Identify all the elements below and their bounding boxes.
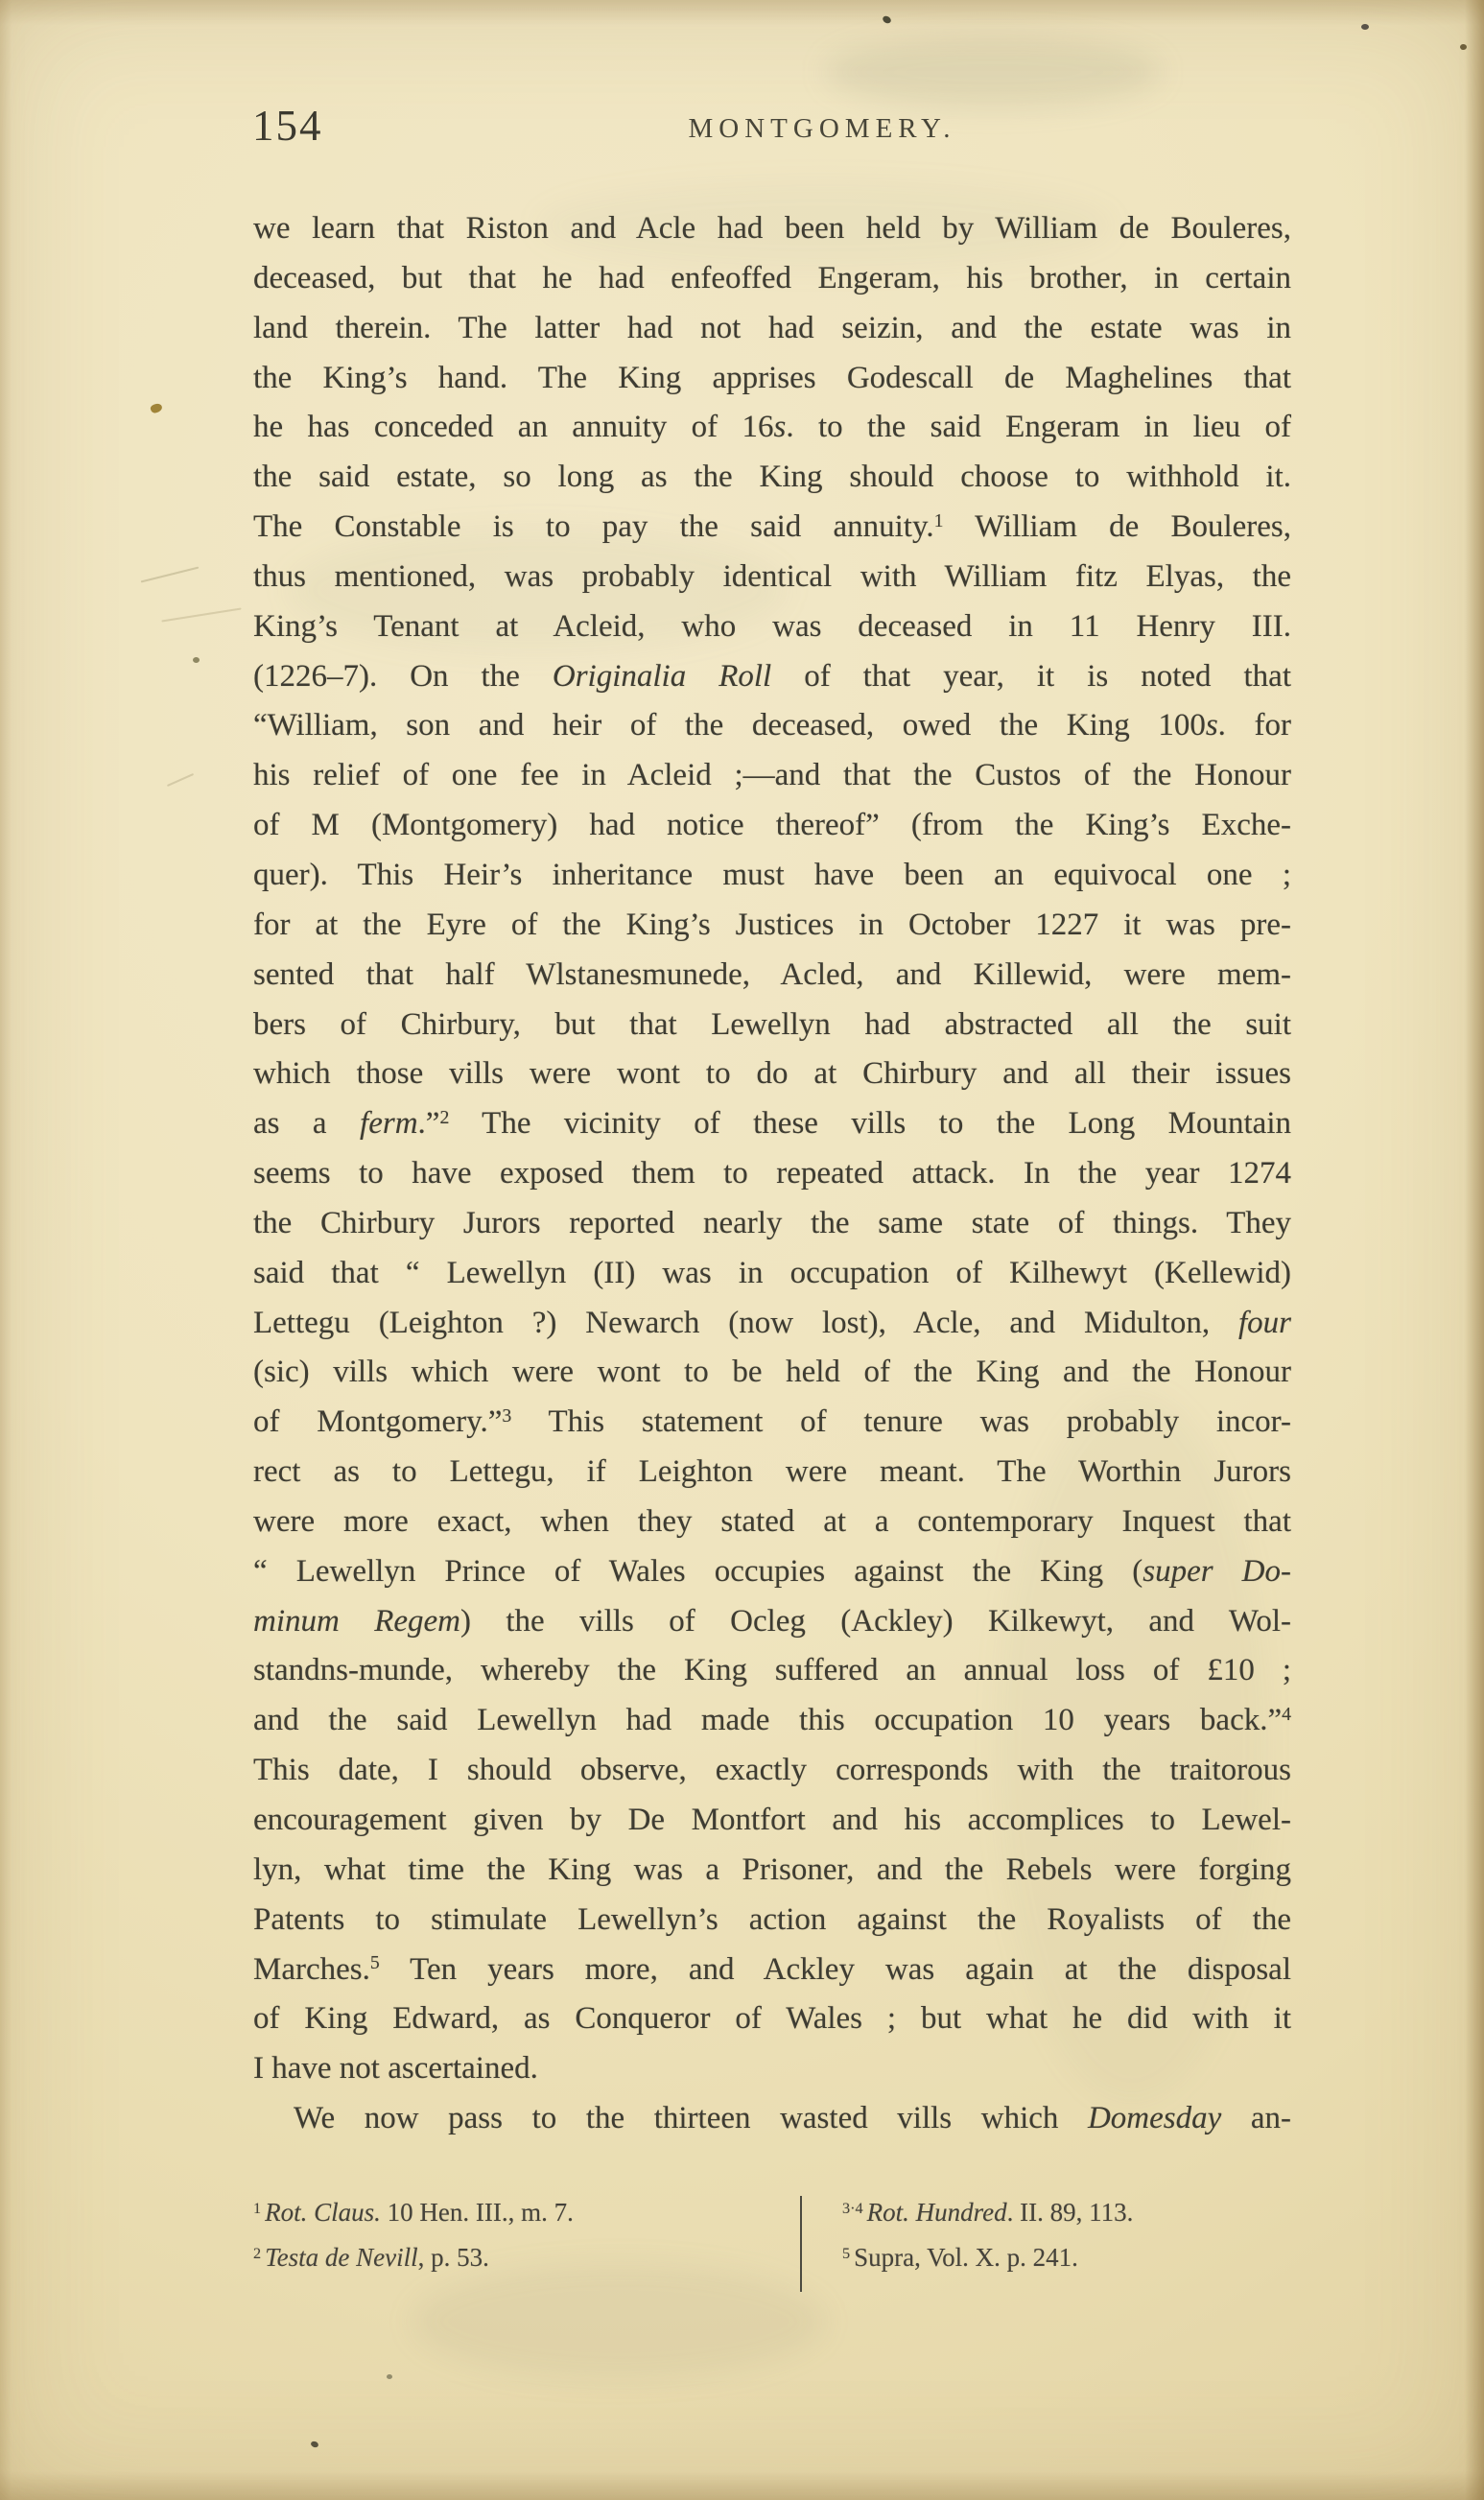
text-line: sented that half Wlstanesmunede, Acled, … [253, 951, 1291, 1001]
text-segment: quer). This Heir’s inheritance must have… [253, 858, 1291, 892]
text-line: Marches.5 Ten years more, and Ackley was… [253, 1946, 1291, 1995]
text-segment: we learn that Riston and Acle had been h… [253, 211, 1291, 246]
text-segment: the said estate, so long as the King sho… [253, 460, 1291, 494]
text-segment: of M (Montgomery) had notice thereof” (f… [253, 808, 1291, 842]
text-segment: four [1238, 1306, 1291, 1340]
text-segment: This date, I should observe, exactly cor… [253, 1753, 1291, 1787]
text-segment: for at the Eyre of the King’s Justices i… [253, 908, 1291, 942]
text-line: We now pass to the thirteen wasted vills… [253, 2094, 1291, 2144]
text-line: for at the Eyre of the King’s Justices i… [253, 901, 1291, 951]
text-line: the said estate, so long as the King sho… [253, 453, 1291, 503]
text-segment: said that “ Lewellyn (II) was in occupat… [253, 1256, 1291, 1290]
showthrough-ghost [825, 36, 1161, 107]
text-segment: The vicinity of these vills to the Long … [449, 1106, 1291, 1141]
text-segment: lyn, what time the King was a Prisoner, … [253, 1852, 1291, 1887]
text-line: quer). This Heir’s inheritance must have… [253, 851, 1291, 901]
text-line: of Montgomery.”3 This statement of tenur… [253, 1398, 1291, 1448]
text-line: he has conceded an annuity of 16s. to th… [253, 403, 1291, 453]
text-segment: Marches. [253, 1952, 370, 1987]
pencil-mark [141, 567, 200, 583]
text-line: and the said Lewellyn had made this occu… [253, 1696, 1291, 1746]
text-segment: deceased, but that he had enfeoffed Enge… [253, 261, 1291, 295]
footnote-marker: 1 [253, 2200, 265, 2217]
ink-speck [882, 14, 892, 25]
text-line: land therein. The latter had not had sei… [253, 304, 1291, 354]
text-segment: “ Lewellyn Prince of Wales occupies agai… [253, 1554, 1142, 1589]
text-segment: (1226–7). On the [253, 659, 553, 694]
footnotes: 1 Rot. Claus. 10 Hen. III., m. 7.2 Testa… [253, 2190, 1291, 2292]
text-segment: rect as to Lettegu, if Leighton were mea… [253, 1454, 1291, 1489]
text-line: were more exact, when they stated at a c… [253, 1498, 1291, 1547]
text-segment: Originalia Roll [553, 659, 771, 694]
text-segment: land therein. The latter had not had sei… [253, 311, 1291, 345]
text-segment: Rot. Claus. [265, 2198, 381, 2227]
text-segment: Supra, Vol. X. p. 241. [854, 2243, 1078, 2272]
footnote-marker: 5 [842, 2245, 854, 2262]
footnote-line: 1 Rot. Claus. 10 Hen. III., m. 7. [253, 2190, 800, 2235]
text-segment: he has conceded an annuity of 16 [253, 410, 774, 444]
ink-speck [150, 402, 164, 414]
text-segment: . for [1218, 708, 1291, 743]
text-line: the Chirbury Jurors reported nearly the … [253, 1199, 1291, 1249]
footnote-marker: 3·4 [842, 2200, 867, 2217]
text-line: King’s Tenant at Acleid, who was decease… [253, 602, 1291, 652]
text-segment: of King Edward, as Conqueror of Wales ; … [253, 2001, 1291, 2036]
text-segment: sented that half Wlstanesmunede, Acled, … [253, 957, 1291, 992]
book-page: 154 MONTGOMERY. we learn that Riston and… [0, 0, 1484, 2500]
page-edge-left [0, 0, 12, 2500]
text-line: his relief of one fee in Acleid ;—and th… [253, 751, 1291, 801]
text-line: deceased, but that he had enfeoffed Enge… [253, 254, 1291, 304]
text-line: Lettegu (Leighton ?) Newarch (now lost),… [253, 1299, 1291, 1349]
text-segment: . to the said Engeram in lieu of [786, 410, 1291, 444]
text-segment: standns-munde, whereby the King suffered… [253, 1653, 1291, 1687]
text-segment: seems to have exposed them to repeated a… [253, 1156, 1291, 1191]
text-segment: his relief of one fee in Acleid ;—and th… [253, 758, 1291, 792]
running-header: MONTGOMERY. [303, 113, 1341, 145]
text-segment: Patents to stimulate Lewellyn’s action a… [253, 1902, 1291, 1937]
text-segment: “William, son and heir of the deceased, … [253, 708, 1206, 743]
text-line: as a ferm.”2 The vicinity of these vills… [253, 1099, 1291, 1149]
footnote-line: 3·4 Rot. Hundred. II. 89, 113. [842, 2190, 1291, 2235]
text-segment: of Montgomery.” [253, 1404, 502, 1439]
ink-speck [310, 2441, 319, 2448]
footnote-marker: 4 [1282, 1704, 1291, 1725]
text-line: thus mentioned, was probably identical w… [253, 553, 1291, 602]
footnote-column-right: 3·4 Rot. Hundred. II. 89, 113.5 Supra, V… [802, 2190, 1291, 2292]
ink-speck [193, 657, 200, 663]
ink-speck [1361, 24, 1369, 30]
text-line: of M (Montgomery) had notice thereof” (f… [253, 801, 1291, 851]
text-segment: the Chirbury Jurors reported nearly the … [253, 1206, 1291, 1240]
text-segment: . II. 89, 113. [1007, 2198, 1134, 2227]
text-line: “ Lewellyn Prince of Wales occupies agai… [253, 1547, 1291, 1597]
ink-speck [387, 2374, 392, 2379]
text-line: Patents to stimulate Lewellyn’s action a… [253, 1896, 1291, 1946]
text-segment: bers of Chirbury, but that Lewellyn had … [253, 1007, 1291, 1042]
text-segment: 10 Hen. III., m. 7. [381, 2198, 574, 2227]
text-segment: ferm [360, 1106, 418, 1141]
text-segment: ) the vills of Ocleg (Ackley) Kilkewyt, … [460, 1604, 1291, 1639]
text-segment: which those vills were wont to do at Chi… [253, 1056, 1291, 1091]
text-line: “William, son and heir of the deceased, … [253, 701, 1291, 751]
text-segment: as a [253, 1106, 360, 1141]
text-line: minum Regem) the vills of Ocleg (Ackley)… [253, 1597, 1291, 1647]
text-segment: Rot. Hundred [867, 2198, 1007, 2227]
pencil-mark [167, 773, 194, 787]
text-segment: s [774, 410, 787, 444]
text-segment: , p. 53. [418, 2243, 489, 2272]
text-line: (sic) vills which were wont to be held o… [253, 1348, 1291, 1398]
text-line: rect as to Lettegu, if Leighton were mea… [253, 1448, 1291, 1498]
text-line: (1226–7). On the Originalia Roll of that… [253, 652, 1291, 702]
footnote-marker: 1 [934, 510, 944, 531]
text-segment: (sic) vills which were wont to be held o… [253, 1355, 1291, 1389]
text-line: standns-munde, whereby the King suffered… [253, 1646, 1291, 1696]
text-line: which those vills were wont to do at Chi… [253, 1050, 1291, 1099]
text-segment: s [1206, 708, 1218, 743]
text-segment: .” [418, 1106, 440, 1141]
footnote-column-left: 1 Rot. Claus. 10 Hen. III., m. 7.2 Testa… [253, 2190, 800, 2292]
text-line: of King Edward, as Conqueror of Wales ; … [253, 1994, 1291, 2044]
footnote-line: 2 Testa de Nevill, p. 53. [253, 2235, 800, 2280]
text-line: seems to have exposed them to repeated a… [253, 1149, 1291, 1199]
text-segment: Ten years more, and Ackley was again at … [380, 1952, 1291, 1987]
text-line: we learn that Riston and Acle had been h… [253, 204, 1291, 254]
text-segment: King’s Tenant at Acleid, who was decease… [253, 609, 1291, 644]
footnote-marker: 2 [439, 1107, 449, 1128]
pencil-mark [161, 607, 241, 622]
body-text: we learn that Riston and Acle had been h… [253, 204, 1291, 2144]
text-line: I have not ascertained. [253, 2044, 1291, 2094]
text-line: The Constable is to pay the said annuity… [253, 503, 1291, 553]
text-segment: Lettegu (Leighton ?) Newarch (now lost),… [253, 1306, 1238, 1340]
text-segment: I have not ascertained. [253, 2051, 538, 2086]
footnote-line: 5 Supra, Vol. X. p. 241. [842, 2235, 1291, 2280]
text-line: bers of Chirbury, but that Lewellyn had … [253, 1001, 1291, 1050]
text-line: the King’s hand. The King apprises Godes… [253, 354, 1291, 404]
text-segment: the King’s hand. The King apprises Godes… [253, 361, 1291, 395]
text-segment: This statement of tenure was probably in… [511, 1404, 1291, 1439]
footnote-marker: 3 [502, 1405, 511, 1427]
text-segment: Testa de Nevill [265, 2243, 418, 2272]
text-line: encouragement given by De Montfort and h… [253, 1796, 1291, 1846]
footnote-marker: 2 [253, 2245, 265, 2262]
page-edge-right [1465, 0, 1484, 2500]
text-line: said that “ Lewellyn (II) was in occupat… [253, 1249, 1291, 1299]
text-segment: Domesday [1088, 2101, 1221, 2135]
text-segment: We now pass to the thirteen wasted vills… [294, 2101, 1088, 2135]
text-segment: were more exact, when they stated at a c… [253, 1504, 1291, 1539]
text-segment: an- [1221, 2101, 1291, 2135]
text-segment: and the said Lewellyn had made this occu… [253, 1703, 1282, 1737]
text-line: lyn, what time the King was a Prisoner, … [253, 1846, 1291, 1896]
text-segment: encouragement given by De Montfort and h… [253, 1803, 1291, 1837]
footnote-marker: 5 [370, 1952, 380, 1973]
text-segment: thus mentioned, was probably identical w… [253, 559, 1291, 594]
text-segment: William de Bouleres, [943, 509, 1291, 544]
text-line: This date, I should observe, exactly cor… [253, 1746, 1291, 1796]
text-segment: super Do- [1142, 1554, 1291, 1589]
text-segment: minum Regem [253, 1604, 460, 1639]
text-segment: of that year, it is noted that [771, 659, 1291, 694]
text-segment: The Constable is to pay the said annuity… [253, 509, 934, 544]
